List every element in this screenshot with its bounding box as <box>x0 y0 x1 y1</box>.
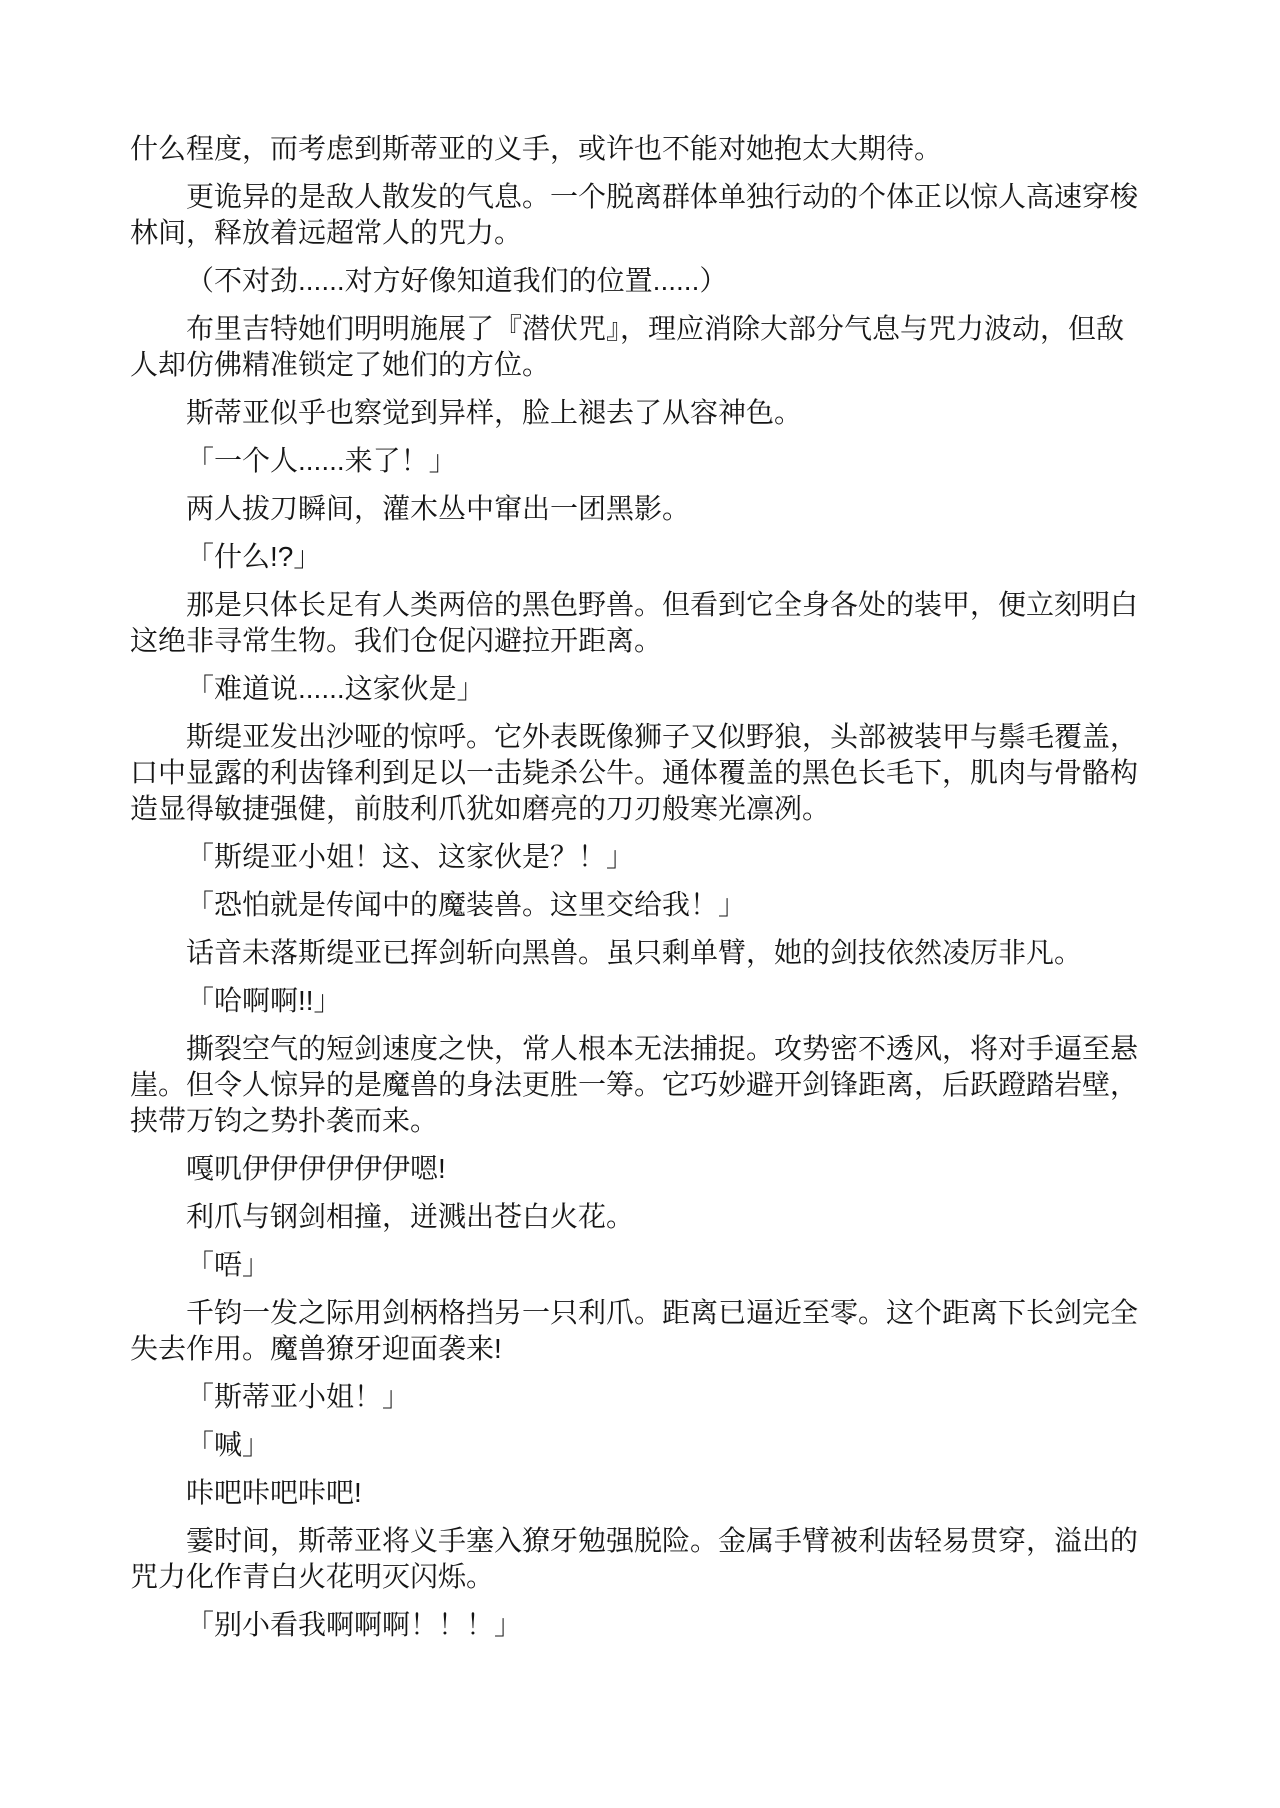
dialogue-paragraph: 「喊」 <box>130 1427 1148 1463</box>
paragraph: 斯缇亚发出沙哑的惊呼。它外表既像狮子又似野狼，头部被装甲与鬃毛覆盖，口中显露的利… <box>130 719 1148 827</box>
paragraph: 咔吧咔吧咔吧! <box>130 1475 1148 1511</box>
paragraph: 撕裂空气的短剑速度之快，常人根本无法捕捉。攻势密不透风，将对手逼至悬崖。但令人惊… <box>130 1031 1148 1139</box>
paragraph: 利爪与钢剑相撞，迸溅出苍白火花。 <box>130 1199 1148 1235</box>
dialogue-paragraph: 「一个人......来了！」 <box>130 443 1148 479</box>
paragraph: 什么程度，而考虑到斯蒂亚的义手，或许也不能对她抱太大期待。 <box>130 131 1148 167</box>
paragraph: 布里吉特她们明明施展了『潜伏咒』，理应消除大部分气息与咒力波动，但敌人却仿佛精准… <box>130 311 1148 383</box>
dialogue-paragraph: 「难道说......这家伙是」 <box>130 671 1148 707</box>
dialogue-paragraph: 「哈啊啊!!」 <box>130 983 1148 1019</box>
paragraph: 斯蒂亚似乎也察觉到异样，脸上褪去了从容神色。 <box>130 395 1148 431</box>
dialogue-paragraph: 「斯缇亚小姐！这、这家伙是？！」 <box>130 839 1148 875</box>
dialogue-paragraph: 「斯蒂亚小姐！」 <box>130 1379 1148 1415</box>
paragraph: （不对劲......对方好像知道我们的位置......） <box>130 263 1148 299</box>
dialogue-paragraph: 「什么!?」 <box>130 539 1148 575</box>
paragraph: 霎时间，斯蒂亚将义手塞入獠牙勉强脱险。金属手臂被利齿轻易贯穿，溢出的咒力化作青白… <box>130 1523 1148 1595</box>
novel-page: 什么程度，而考虑到斯蒂亚的义手，或许也不能对她抱太大期待。 更诡异的是敌人散发的… <box>0 0 1280 1808</box>
dialogue-paragraph: 「别小看我啊啊啊！！！」 <box>130 1607 1148 1643</box>
dialogue-paragraph: 「恐怕就是传闻中的魔装兽。这里交给我！」 <box>130 887 1148 923</box>
paragraph: 千钧一发之际用剑柄格挡另一只利爪。距离已逼近至零。这个距离下长剑完全失去作用。魔… <box>130 1295 1148 1367</box>
paragraph: 两人拔刀瞬间，灌木丛中窜出一团黑影。 <box>130 491 1148 527</box>
paragraph: 嘎叽伊伊伊伊伊伊嗯! <box>130 1151 1148 1187</box>
dialogue-paragraph: 「唔」 <box>130 1247 1148 1283</box>
paragraph: 更诡异的是敌人散发的气息。一个脱离群体单独行动的个体正以惊人高速穿梭林间，释放着… <box>130 179 1148 251</box>
paragraph: 那是只体长足有人类两倍的黑色野兽。但看到它全身各处的装甲，便立刻明白这绝非寻常生… <box>130 587 1148 659</box>
paragraph: 话音未落斯缇亚已挥剑斩向黑兽。虽只剩单臂，她的剑技依然凌厉非凡。 <box>130 935 1148 971</box>
